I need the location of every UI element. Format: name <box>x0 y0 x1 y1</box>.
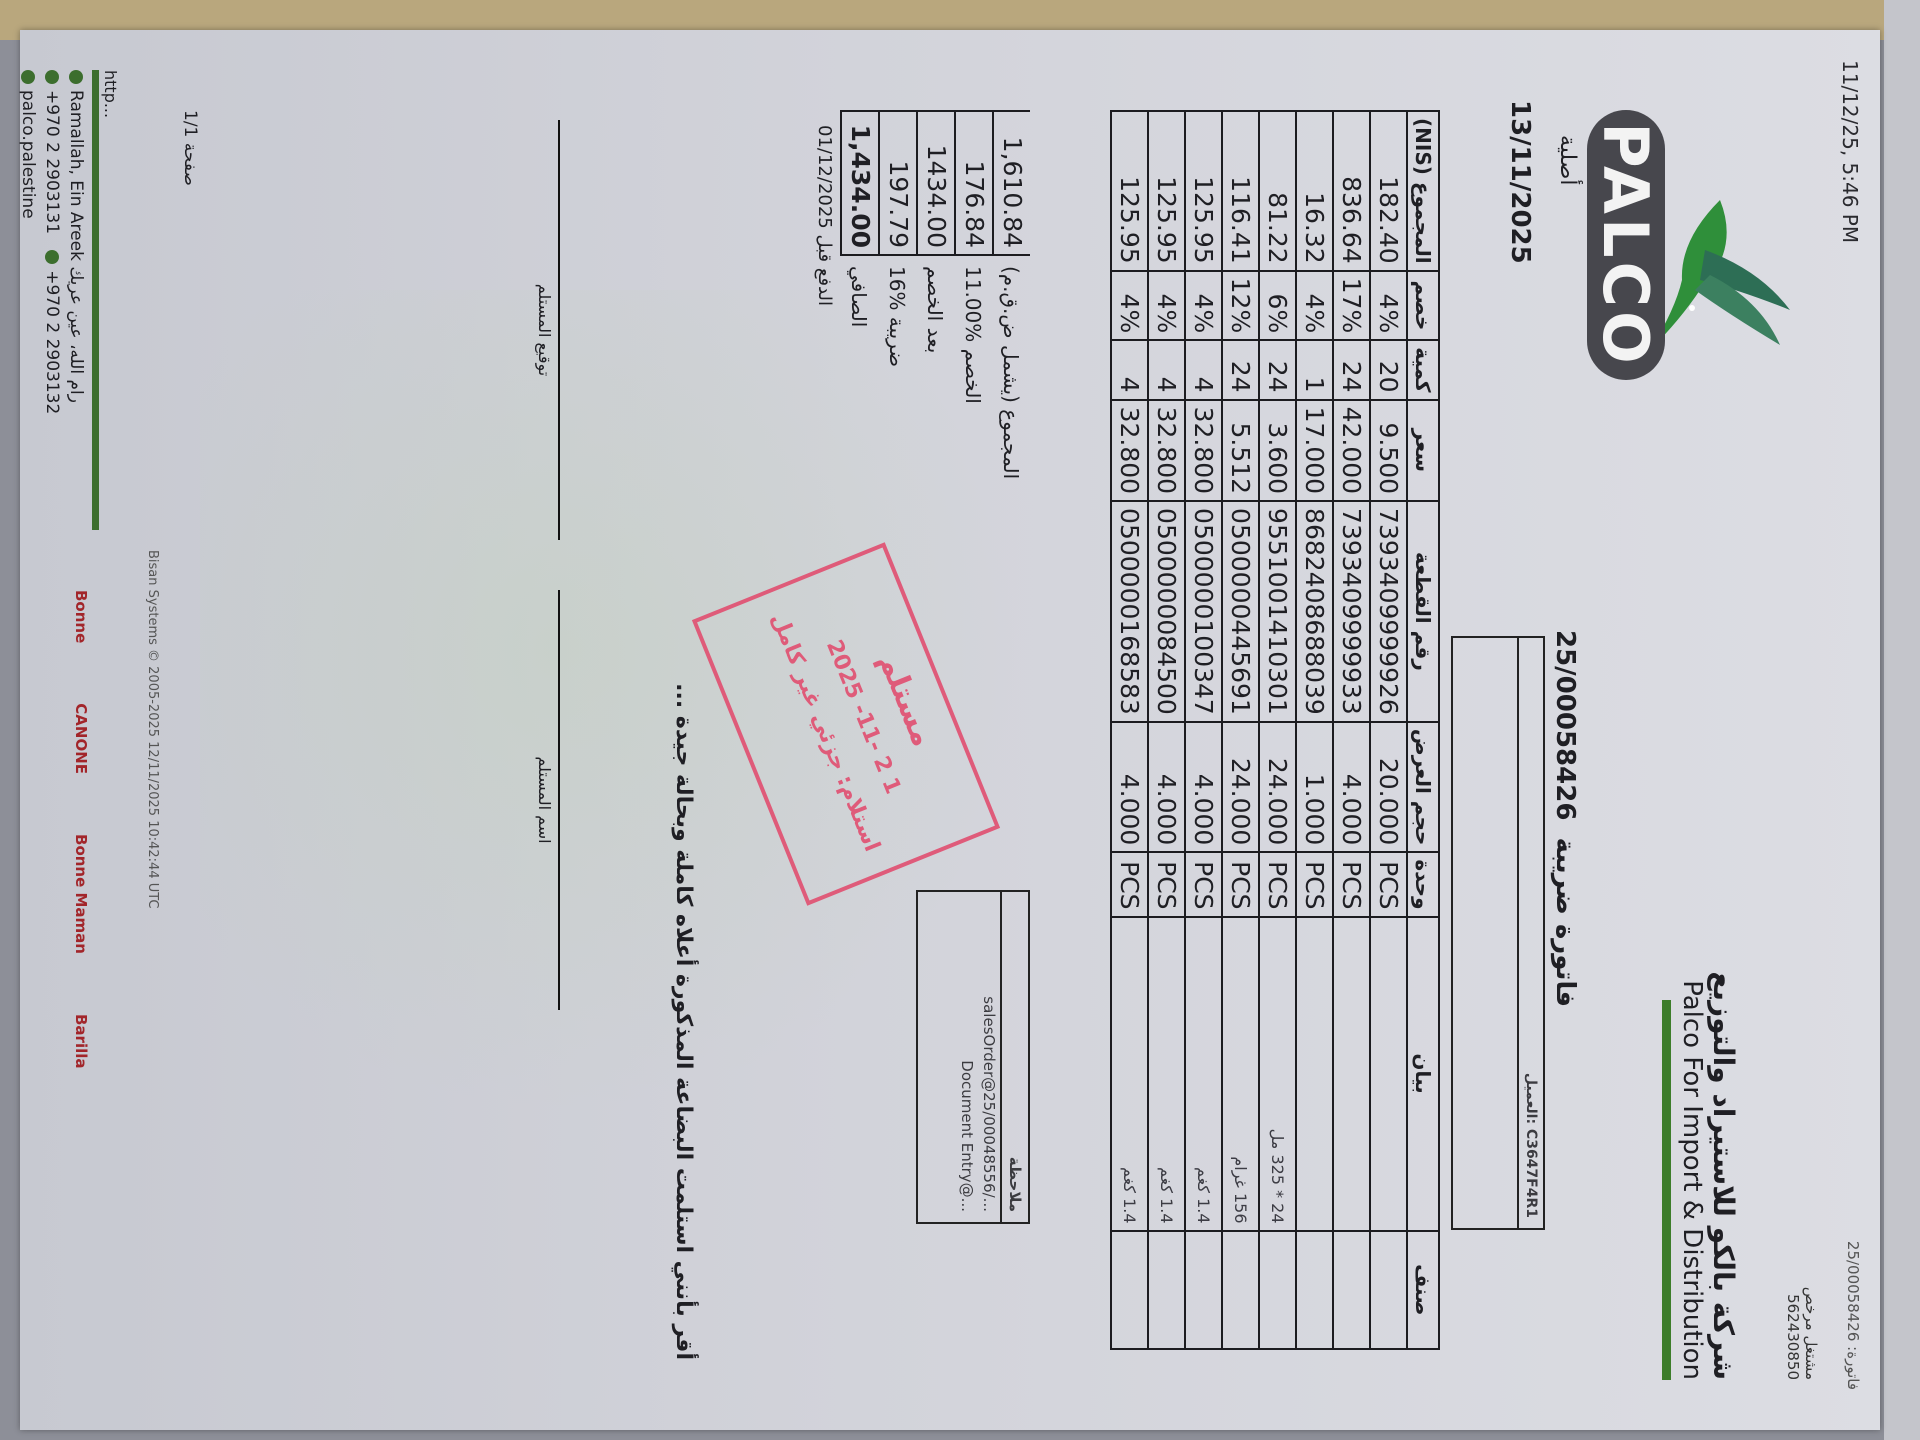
cell-discount: 12% <box>1222 271 1259 341</box>
footer-green-line <box>92 70 99 530</box>
cell-pack: 24.000 <box>1222 722 1259 852</box>
cell-desc <box>1296 917 1333 1231</box>
cell-code <box>1185 1231 1222 1349</box>
totals-row: 197.79ضريبة %16 <box>878 110 916 479</box>
cell-qty: 20 <box>1370 340 1407 399</box>
cell-discount: 17% <box>1333 271 1370 341</box>
cell-unit: PCS <box>1111 852 1148 916</box>
column-header: سعر <box>1407 400 1439 501</box>
footer-url[interactable]: http... <box>101 70 120 1390</box>
footer-phones: +970 2 2903131 +970 2 2903132 <box>40 70 64 1390</box>
tax-id-value: 562430850 <box>1784 1287 1802 1380</box>
cell-unit: PCS <box>1222 852 1259 916</box>
totals-row: 1,610.84المجموع (يشمل ض.ق.م) <box>992 110 1030 479</box>
logo-wordmark: PALCO <box>1587 110 1665 380</box>
payment-due-date: الدفع قبل 01/12/2025 <box>814 125 835 306</box>
fax-icon <box>45 250 59 264</box>
hummingbird-icon <box>1650 180 1800 360</box>
notes-line: Document Entry@... <box>956 892 978 1222</box>
cell-desc: 1.4 كغم <box>1148 917 1185 1231</box>
cell-pack: 4.000 <box>1111 722 1148 852</box>
cell-barcode: 9551001410301 <box>1259 501 1296 722</box>
cell-discount: 4% <box>1296 271 1333 341</box>
social-icon <box>21 70 35 84</box>
cell-discount: 6% <box>1259 271 1296 341</box>
cell-qty: 1 <box>1296 340 1333 399</box>
table-row: 836.6417%2442.00073934099999334.000PCS <box>1333 111 1370 1349</box>
invoice-title-text: فاتورة ضريبة <box>1550 837 1580 1007</box>
cell-qty: 24 <box>1333 340 1370 399</box>
company-header: شركة بالكو للاستيراد والتوزيع Palco For … <box>1662 960 1740 1380</box>
cell-desc: 156 غرام <box>1222 917 1259 1231</box>
cell-discount: 4% <box>1370 271 1407 341</box>
cell-price: 9.500 <box>1370 400 1407 501</box>
cell-total: 116.41 <box>1222 111 1259 271</box>
phone-icon <box>45 70 59 84</box>
issue-date: 13/11/2025 <box>1505 100 1535 264</box>
print-timestamp: 11/12/25, 5:46 PM <box>1838 60 1862 243</box>
palco-logo: PALCO <box>1580 100 1800 370</box>
cell-price: 32.800 <box>1148 400 1185 501</box>
table-row: 125.954%432.80005000000845004.000PCS1.4 … <box>1148 111 1185 1349</box>
customer-line <box>1493 638 1517 1228</box>
cell-price: 5.512 <box>1222 400 1259 501</box>
company-name-en: Palco For Import & Distribution <box>1677 960 1707 1380</box>
cell-price: 17.000 <box>1296 400 1333 501</box>
receiver-name-line: اسم المستلم <box>535 590 560 1010</box>
table-row: 182.404%209.500739340999992620.000PCS <box>1370 111 1407 1349</box>
system-footer: Bisan Systems © 2005-2025 12/11/2025 10:… <box>145 550 160 909</box>
totals-label: الخصم %11.00 <box>961 266 985 404</box>
cell-desc: 1.4 كغم <box>1111 917 1148 1231</box>
cell-total: 16.32 <box>1296 111 1333 271</box>
cell-unit: PCS <box>1296 852 1333 916</box>
cell-barcode: 7393409999933 <box>1333 501 1370 722</box>
brand-logos: BonneCANONEBonne MamanBarilla <box>72 590 90 1069</box>
totals-label: ضريبة %16 <box>885 266 909 367</box>
totals-block: 1,610.84المجموع (يشمل ض.ق.م)176.84الخصم … <box>840 110 1030 479</box>
receipt-declaration: أقر بأنني استلمت البضاعة المذكورة أعلاه … <box>666 100 700 1360</box>
cell-discount: 4% <box>1185 271 1222 341</box>
location-icon <box>69 70 83 84</box>
column-header: المجموع (NIS) <box>1407 111 1439 271</box>
company-name-ar: شركة بالكو للاستيراد والتوزيع <box>1707 960 1740 1380</box>
cell-pack: 24.000 <box>1259 722 1296 852</box>
cell-price: 3.600 <box>1259 400 1296 501</box>
cell-total: 125.95 <box>1185 111 1222 271</box>
cell-total: 182.40 <box>1370 111 1407 271</box>
footer-social: palco.palestine <box>16 70 40 1390</box>
cell-barcode: 0500000084500 <box>1148 501 1185 722</box>
cell-total: 125.95 <box>1148 111 1185 271</box>
column-header: حجم العرض <box>1407 722 1439 852</box>
print-doc-ref: 25/00058426 :فاتورة <box>1844 1241 1862 1390</box>
cell-pack: 4.000 <box>1333 722 1370 852</box>
cell-price: 32.800 <box>1111 400 1148 501</box>
totals-label: بعد الخصم <box>923 266 947 353</box>
cell-desc: 24 * 325 مل <box>1259 917 1296 1231</box>
cell-unit: PCS <box>1259 852 1296 916</box>
cell-qty: 24 <box>1222 340 1259 399</box>
cell-total: 81.22 <box>1259 111 1296 271</box>
column-header: خصم <box>1407 271 1439 341</box>
line-items-table: المجموع (NIS)خصمكميةسعررقم القطعةحجم الع… <box>1110 110 1440 1350</box>
table-row: 125.954%432.80005000001003474.000PCS1.4 … <box>1185 111 1222 1349</box>
brand-bar <box>1662 1000 1671 1380</box>
cell-unit: PCS <box>1148 852 1185 916</box>
cell-barcode: 7393409999926 <box>1370 501 1407 722</box>
cell-code <box>1370 1231 1407 1349</box>
brand-logo: Bonne Maman <box>72 834 90 954</box>
totals-value: 1,610.84 <box>992 110 1030 256</box>
column-header: صنف <box>1407 1231 1439 1349</box>
received-stamp: مستلم 2025 -11- 2 1 استلام: جزئي غير كام… <box>692 542 1000 905</box>
cell-unit: PCS <box>1185 852 1222 916</box>
totals-label: الصافي <box>847 266 871 327</box>
cell-desc <box>1370 917 1407 1231</box>
page-number: صفحة 1/1 <box>180 110 200 186</box>
cell-code <box>1259 1231 1296 1349</box>
cell-code <box>1222 1231 1259 1349</box>
notes-title: ملاحظة <box>1000 892 1028 1222</box>
cell-qty: 4 <box>1148 340 1185 399</box>
column-header: كمية <box>1407 340 1439 399</box>
cell-barcode: 0500000100347 <box>1185 501 1222 722</box>
table-row: 125.954%432.80005000001685834.000PCS1.4 … <box>1111 111 1148 1349</box>
column-header: رقم القطعة <box>1407 501 1439 722</box>
totals-row: 1434.00بعد الخصم <box>916 110 954 479</box>
cell-code <box>1148 1231 1185 1349</box>
tax-id-block: مشتغل مرخص 562430850 <box>1784 1287 1820 1380</box>
cell-code <box>1111 1231 1148 1349</box>
cell-qty: 4 <box>1185 340 1222 399</box>
cell-desc <box>1333 917 1370 1231</box>
cell-pack: 20.000 <box>1370 722 1407 852</box>
second-page-edge <box>1884 0 1920 1440</box>
cell-pack: 1.000 <box>1296 722 1333 852</box>
original-copy-label: أصلية <box>1555 135 1580 186</box>
cell-pack: 4.000 <box>1148 722 1185 852</box>
totals-value: 176.84 <box>954 110 992 256</box>
cell-qty: 4 <box>1111 340 1148 399</box>
notes-line: salesOrder@25/00048556/... <box>978 892 1000 1222</box>
cell-code <box>1333 1231 1370 1349</box>
totals-value: 197.79 <box>878 110 916 256</box>
totals-row: 176.84الخصم %11.00 <box>954 110 992 479</box>
notes-box: ملاحظة salesOrder@25/00048556/... Docume… <box>916 890 1030 1224</box>
column-header: بيان <box>1407 917 1439 1231</box>
totals-label: المجموع (يشمل ض.ق.م) <box>999 266 1023 479</box>
column-header: وحدة <box>1407 852 1439 916</box>
cell-pack: 4.000 <box>1185 722 1222 852</box>
invoice-page: 11/12/25, 5:46 PM 25/00058426 :فاتورة PA… <box>20 30 1880 1430</box>
invoice-title: فاتورة ضريبة 25/00058426 <box>1550 630 1580 1007</box>
cell-qty: 24 <box>1259 340 1296 399</box>
totals-value: 1,434.00 <box>840 110 878 256</box>
table-row: 16.324%117.00086824086880391.000PCS <box>1296 111 1333 1349</box>
receiver-signature-line: توقيع المستلم <box>535 120 560 540</box>
cell-code <box>1296 1231 1333 1349</box>
brand-logo: Barilla <box>72 1014 90 1069</box>
cell-desc: 1.4 كغم <box>1185 917 1222 1231</box>
cell-unit: PCS <box>1333 852 1370 916</box>
cell-price: 42.000 <box>1333 400 1370 501</box>
table-row: 116.4112%245.512050000044569124.000PCS15… <box>1222 111 1259 1349</box>
cell-price: 32.800 <box>1185 400 1222 501</box>
totals-row: 1,434.00الصافي <box>840 110 878 479</box>
customer-box: C3647F4R1 :العميل <box>1451 636 1545 1230</box>
invoice-number: 25/00058426 <box>1550 630 1580 820</box>
tax-id-label: مشتغل مرخص <box>1802 1287 1820 1380</box>
brand-logo: Bonne <box>72 590 90 643</box>
brand-logo: CANONE <box>72 703 90 774</box>
cell-total: 836.64 <box>1333 111 1370 271</box>
cell-unit: PCS <box>1370 852 1407 916</box>
cell-total: 125.95 <box>1111 111 1148 271</box>
customer-code: C3647F4R1 :العميل <box>1517 638 1543 1228</box>
totals-value: 1434.00 <box>916 110 954 256</box>
cell-discount: 4% <box>1111 271 1148 341</box>
cell-barcode: 0500000445691 <box>1222 501 1259 722</box>
table-row: 81.226%243.600955100141030124.000PCS24 *… <box>1259 111 1296 1349</box>
cell-barcode: 8682408688039 <box>1296 501 1333 722</box>
cell-barcode: 0500000168583 <box>1111 501 1148 722</box>
cell-discount: 4% <box>1148 271 1185 341</box>
